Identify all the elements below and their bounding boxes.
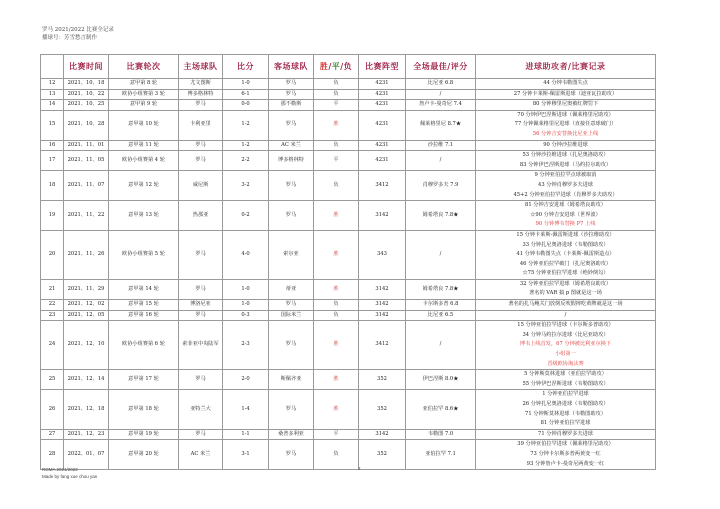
formation: 3142 [359,201,406,231]
match-score: 0-0 [223,100,269,111]
match-notes: 15 分钟亚伯拉罕进球（卡尔斯多普助攻）34 分钟马约拉尔进球（比尼亚助攻）博韦… [476,321,656,370]
match-notes: 39 分钟亚伯拉罕进球（佩莱格里尼助攻）73 分钟卡尔斯多普两黄变一红93 分钟… [476,440,656,470]
row-number: 26 [41,390,64,429]
match-notes: 90 分钟沙拉维进球 [476,140,656,151]
note-line: 71 分钟斯莫林进球（韦勒图助攻） [476,410,655,420]
match-result: 胜 [314,230,359,279]
best-player: 韦勒图 7.0 [406,429,476,440]
match-round: 意甲第 14 轮 [109,279,179,299]
best-player: / [406,230,476,279]
note-line: 博韦上线首发，67 分钟被比利亚尔换下 [476,340,655,350]
note-line: 90 分钟沙拉维进球 [476,141,655,151]
match-result: 负 [314,300,359,311]
table-row: 252021、12、14意甲第 17 轮罗马2-0斯佩齐亚胜352伊巴涅斯 8.… [41,370,656,390]
match-notes: 5 分钟斯莫林进球（亚伯拉罕助攻）55 分钟伊巴涅斯进球（韦勒图助攻） [476,370,656,390]
home-team: 威尼斯 [179,171,223,201]
note-line: 43 分钟肖穆罗多夫进球 [476,181,655,191]
note-line: 53 分钟沙拉维进球（扎尼奥洛助攻） [476,151,655,161]
col-score: 比分 [223,55,269,79]
match-score: 3-2 [223,171,269,201]
footer-title: ROMA 2021/2022 [42,466,97,473]
header-author: 播球号：芳雪愁言制作 [42,34,114,42]
page-header: 罗马 2021/2022 比赛全记录 播球号：芳雪愁言制作 [42,26,114,42]
match-date: 2021、12、14 [64,370,109,390]
match-notes: / [476,310,656,321]
footer-author: Made by fang xue chou yan [42,473,97,480]
note-line: 77 分钟佩莱格里尼进球（直接任意球破门） [476,120,655,130]
home-team: 罗马 [179,230,223,279]
match-notes: 71 分钟肖穆罗多夫进球 [476,429,656,440]
formation: 3142 [359,300,406,311]
row-number: 15 [41,110,64,140]
match-score: 2-3 [223,321,269,370]
col-result: 胜/平/负 [314,55,359,79]
note-line: 33 分钟扎尼奥洛进球（韦勒图助攻） [476,241,655,251]
match-score: 1-1 [223,429,269,440]
row-number: 14 [41,100,64,111]
match-round: 意甲第 18 轮 [109,390,179,429]
note-line: 90 分钟博韦替换 P7 上线 [476,220,655,230]
match-result: 胜 [314,201,359,231]
match-date: 2021、11、05 [64,151,109,171]
match-round: 意甲第 8 轮 [109,79,179,90]
note-line: 83 分钟伊巴涅斯进球（马约拉尔助攻） [476,161,655,171]
best-player: / [406,89,476,100]
match-score: 0-2 [223,201,269,231]
formation: 4231 [359,110,406,140]
match-notes: 44 分钟韦勒图失点 [476,79,656,90]
home-team: 博洛尼亚 [179,300,223,311]
formation: 4231 [359,100,406,111]
match-notes: 1 分钟亚伯拉罕进球26 分钟扎尼奥洛进球（韦勒图助攻）71 分钟斯莫林进球（韦… [476,390,656,429]
match-round: 意甲第 9 轮 [109,100,179,111]
match-date: 2021、12、23 [64,429,109,440]
note-line: 46 分钟亚伯拉罕破门（扎尼奥洛助攻） [476,260,655,270]
match-date: 2021、12、18 [64,390,109,429]
away-team: 那不勒斯 [269,100,314,111]
formation: 4231 [359,79,406,90]
match-score: 1-2 [223,140,269,151]
match-result: 负 [314,310,359,321]
match-records-table: 比赛时间 比赛轮次 主场球队 比分 客场球队 胜/平/负 比赛阵型 全场最佳/评… [40,54,656,470]
note-line: 15 分钟亚伯拉罕进球（卡尔斯多普助攻） [476,321,655,331]
note-line: 晋级欧协淘汰赛 [476,360,655,370]
note-line: 著名的 VAR 搞 p 图就是这一场 [476,289,655,299]
match-date: 2021、10、25 [64,100,109,111]
best-player: / [406,321,476,370]
away-team: 罗马 [269,89,314,100]
home-team: 罗马 [179,100,223,111]
table-row: 142021、10、25意甲第 9 轮罗马0-0那不勒斯平4231詹卢卡-曼奇尼… [41,100,656,111]
match-round: 欧协小组赛第 3 轮 [109,89,179,100]
best-player: 卡尔斯多普 6.8 [406,300,476,311]
result-header-draw: 平 [332,61,341,71]
match-round: 意甲第 15 轮 [109,300,179,311]
note-line: ☆75 分钟亚伯拉罕进球（绝妙倒勾） [476,269,655,279]
formation: 352 [359,440,406,470]
match-round: 欧协小组赛第 5 轮 [109,230,179,279]
formation: 352 [359,370,406,390]
match-round: 欧协小组赛第 4 轮 [109,151,179,171]
best-player: 姆希塔良 7.8★ [406,201,476,231]
page-number: 2 [358,466,361,471]
table-row: 182021、11、07意甲第 12 轮威尼斯3-2罗马负3412肖穆罗多夫 7… [41,171,656,201]
away-team: 蒂亚 [269,279,314,299]
away-team: 罗马 [269,110,314,140]
note-line: 80 分钟穆里尼奥被红牌罚下 [476,100,655,110]
match-date: 2021、12、05 [64,310,109,321]
table-row: 242021、12、10欧协小组赛第 6 轮索菲亚中央陆军2-3罗马胜3412/… [41,321,656,370]
note-line: 32 分钟亚伯拉罕进球（姆希塔良助攻） [476,280,655,290]
note-line: 73 分钟卡尔斯多普两黄变一红 [476,450,655,460]
col-best: 全场最佳/评分 [406,55,476,79]
home-team: 罗马 [179,429,223,440]
match-round: 欧协小组赛第 6 轮 [109,321,179,370]
col-formation: 比赛阵型 [359,55,406,79]
note-line: 5 分钟斯莫林进球（亚伯拉罕助攻） [476,370,655,380]
match-notes: 27 分钟卡莱斯-佩雷斯进球（迪亚瓦拉助攻） [476,89,656,100]
result-header-lose: 负 [344,61,353,71]
formation: 3142 [359,310,406,321]
formation: 3142 [359,429,406,440]
home-team: 博多格林特 [179,89,223,100]
match-round: 意甲第 11 轮 [109,140,179,151]
match-date: 2021、11、01 [64,140,109,151]
match-round: 意甲第 16 轮 [109,310,179,321]
note-line: 27 分钟卡莱斯-佩雷斯进球（迪亚瓦拉助攻） [476,90,655,100]
row-number: 13 [41,89,64,100]
row-number: 24 [41,321,64,370]
best-player: 佩莱格里尼 8.7★ [406,110,476,140]
col-away: 客场球队 [269,55,314,79]
best-player: / [406,151,476,171]
match-score: 3-1 [223,440,269,470]
note-line: 70 分钟伊巴涅斯进球（佩莱格里尼助攻） [476,111,655,121]
home-team: 亚特兰大 [179,390,223,429]
best-player: 肖穆罗多夫 7.9 [406,171,476,201]
match-score: 1-0 [223,300,269,311]
home-team: 罗马 [179,140,223,151]
match-date: 2021、12、10 [64,321,109,370]
match-score: 1-2 [223,110,269,140]
match-result: 胜 [314,110,359,140]
row-number: 22 [41,300,64,311]
match-date: 2021、11、26 [64,230,109,279]
table-row: 152021、10、28意甲第 10 轮卡利亚里1-2罗马胜4231佩莱格里尼 … [41,110,656,140]
row-number: 16 [41,140,64,151]
best-player: 亚伯拉罕 8.6★ [406,390,476,429]
match-round: 意甲第 13 轮 [109,201,179,231]
away-team: 罗马 [269,390,314,429]
table-header-row: 比赛时间 比赛轮次 主场球队 比分 客场球队 胜/平/负 比赛阵型 全场最佳/评… [41,55,656,79]
best-player: 姆希塔良 7.8★ [406,279,476,299]
away-team: 罗马 [269,201,314,231]
match-notes: 80 分钟穆里尼奥被红牌罚下 [476,100,656,111]
table-row: 132021、10、22欧协小组赛第 3 轮博多格林特6-1罗马负4231/27… [41,89,656,100]
row-number: 12 [41,79,64,90]
note-line: 小组第一 [476,350,655,360]
home-team: 索菲亚中央陆军 [179,321,223,370]
col-notes: 进球助攻者/比赛记录 [476,55,656,79]
match-score: 0-3 [223,310,269,321]
formation: 343 [359,230,406,279]
match-round: 意甲第 12 轮 [109,171,179,201]
match-result: 平 [314,100,359,111]
note-line: 56 分钟吉安替换比尼亚上线 [476,130,655,140]
away-team: 罗马 [269,79,314,90]
note-line: 39 分钟亚伯拉罕进球（佩莱格里尼助攻） [476,440,655,450]
formation: 4231 [359,140,406,151]
best-player: 沙拉维 7.1 [406,140,476,151]
home-team: 热那亚 [179,201,223,231]
match-notes: 53 分钟沙拉维进球（扎尼奥洛助攻）83 分钟伊巴涅斯进球（马约拉尔助攻） [476,151,656,171]
match-result: 平 [314,151,359,171]
note-line: ☆90 分钟吉安进球（世界波） [476,211,655,221]
away-team: 罗马 [269,440,314,470]
match-score: 2-2 [223,151,269,171]
row-number: 20 [41,230,64,279]
match-result: 负 [314,140,359,151]
note-line: 41 分钟韦勒图失点（卡莱斯-佩雷斯造点） [476,250,655,260]
match-date: 2021、11、29 [64,279,109,299]
table-row: 262021、12、18意甲第 18 轮亚特兰大1-4罗马胜352亚伯拉罕 8.… [41,390,656,429]
table-row: 122021、10、18意甲第 8 轮尤文图斯1-0罗马负4231比尼亚 6.8… [41,79,656,90]
match-date: 2021、10、22 [64,89,109,100]
formation: 4231 [359,89,406,100]
match-date: 2021、10、28 [64,110,109,140]
note-line: 55 分钟伊巴涅斯进球（韦勒图助攻） [476,380,655,390]
away-team: 罗马 [269,300,314,311]
col-date: 比赛时间 [64,55,109,79]
table-row: 172021、11、05欧协小组赛第 4 轮罗马2-2博多格林特平4231/53… [41,151,656,171]
home-team: 尤文图斯 [179,79,223,90]
row-number: 19 [41,201,64,231]
match-result: 胜 [314,370,359,390]
match-round: 意甲第 19 轮 [109,429,179,440]
away-team: AC 米兰 [269,140,314,151]
match-notes: 9 分钟亚伯拉罕点球被取消43 分钟肖穆罗多夫进球45+2 分钟亚伯拉罕进球（肖… [476,171,656,201]
best-player: 詹卢卡-曼奇尼 7.4 [406,100,476,111]
note-line: 9 分钟亚伯拉罕点球被取消 [476,171,655,181]
match-notes: 32 分钟亚伯拉罕进球（姆希塔良助攻）著名的 VAR 搞 p 图就是这一场 [476,279,656,299]
match-round: 意甲第 20 轮 [109,440,179,470]
note-line: 26 分钟扎尼奥洛进球（韦勒图助攻） [476,400,655,410]
match-score: 1-4 [223,390,269,429]
best-player: 比尼亚 6.8 [406,79,476,90]
best-player: 亚伯拉罕 7.1 [406,440,476,470]
home-team: AC 米兰 [179,440,223,470]
table-row: 202021、11、26欧协小组赛第 5 轮罗马4-0索尔亚胜343/15 分钟… [41,230,656,279]
match-result: 负 [314,440,359,470]
match-score: 2-0 [223,370,269,390]
best-player: 比尼亚 6.5 [406,310,476,321]
home-team: 罗马 [179,370,223,390]
note-line: 1 分钟亚伯拉罕进球 [476,390,655,400]
table-row: 162021、11、01意甲第 11 轮罗马1-2AC 米兰负4231沙拉维 7… [41,140,656,151]
note-line: 著名的扎马鲍关门放倒反吹假摔吃黄牌就是这一场 [476,300,655,310]
match-score: 6-1 [223,89,269,100]
match-result: 胜 [314,321,359,370]
table-row: 212021、11、29意甲第 14 轮罗马1-0蒂亚胜3142姆希塔良 7.8… [41,279,656,299]
table-row: 272021、12、23意甲第 19 轮罗马1-1桑普多利亚平3142韦勒图 7… [41,429,656,440]
note-line: 15 分钟卡莱斯-佩雷斯进球（沙拉维助攻） [476,231,655,241]
match-notes: 70 分钟伊巴涅斯进球（佩莱格里尼助攻）77 分钟佩莱格里尼进球（直接任意球破门… [476,110,656,140]
row-number: 18 [41,171,64,201]
table-row: 282022、01、07意甲第 20 轮AC 米兰3-1罗马负352亚伯拉罕 7… [41,440,656,470]
col-round: 比赛轮次 [109,55,179,79]
row-number: 27 [41,429,64,440]
note-line: 93 分钟詹卢卡-曼奇尼两黄变一红 [476,460,655,470]
formation: 3142 [359,279,406,299]
best-player: 伊巴涅斯 8.0★ [406,370,476,390]
away-team: 索尔亚 [269,230,314,279]
note-line: 44 分钟韦勒图失点 [476,79,655,89]
formation: 3412 [359,321,406,370]
away-team: 国际米兰 [269,310,314,321]
formation: 4231 [359,151,406,171]
note-line: 71 分钟肖穆罗多夫进球 [476,430,655,440]
match-score: 1-0 [223,79,269,90]
table-body: 122021、10、18意甲第 8 轮尤文图斯1-0罗马负4231比尼亚 6.8… [41,79,656,470]
row-number: 21 [41,279,64,299]
match-result: 平 [314,429,359,440]
match-round: 意甲第 17 轮 [109,370,179,390]
table-row: 222021、12、02意甲第 15 轮博洛尼亚1-0罗马负3142卡尔斯多普 … [41,300,656,311]
home-team: 卡利亚里 [179,110,223,140]
match-result: 胜 [314,390,359,429]
col-number [41,55,64,79]
note-line: / [476,311,655,321]
home-team: 罗马 [179,279,223,299]
page-footer: ROMA 2021/2022 Made by fang xue chou yan [42,466,97,480]
table-row: 192021、11、22意甲第 13 轮热那亚0-2罗马胜3142姆希塔良 7.… [41,201,656,231]
col-home: 主场球队 [179,55,223,79]
note-line: 81 分钟吉安进球（姆希塔良助攻） [476,201,655,211]
match-date: 2021、10、18 [64,79,109,90]
note-line: 81 分钟亚伯拉罕进球 [476,419,655,429]
formation: 352 [359,390,406,429]
row-number: 23 [41,310,64,321]
match-date: 2021、12、02 [64,300,109,311]
away-team: 罗马 [269,321,314,370]
row-number: 17 [41,151,64,171]
match-notes: 15 分钟卡莱斯-佩雷斯进球（沙拉维助攻）33 分钟扎尼奥洛进球（韦勒图助攻）4… [476,230,656,279]
match-date: 2021、11、22 [64,201,109,231]
note-line: 34 分钟马约拉尔进球（比尼亚助攻） [476,331,655,341]
away-team: 桑普多利亚 [269,429,314,440]
match-notes: 81 分钟吉安进球（姆希塔良助攻）☆90 分钟吉安进球（世界波）90 分钟博韦替… [476,201,656,231]
match-score: 1-0 [223,279,269,299]
match-result: 胜 [314,279,359,299]
home-team: 罗马 [179,151,223,171]
away-team: 博多格林特 [269,151,314,171]
match-result: 负 [314,89,359,100]
row-number: 25 [41,370,64,390]
away-team: 斯佩齐亚 [269,370,314,390]
home-team: 罗马 [179,310,223,321]
match-score: 4-0 [223,230,269,279]
match-date: 2021、11、07 [64,171,109,201]
header-title: 罗马 2021/2022 比赛全记录 [42,26,114,34]
match-result: 负 [314,79,359,90]
match-round: 意甲第 10 轮 [109,110,179,140]
note-line: 45+2 分钟亚伯拉罕进球（肖穆罗多夫助攻） [476,191,655,201]
away-team: 罗马 [269,171,314,201]
match-result: 负 [314,171,359,201]
table-row: 232021、12、05意甲第 16 轮罗马0-3国际米兰负3142比尼亚 6.… [41,310,656,321]
match-notes: 著名的扎马鲍关门放倒反吹假摔吃黄牌就是这一场 [476,300,656,311]
formation: 3412 [359,171,406,201]
